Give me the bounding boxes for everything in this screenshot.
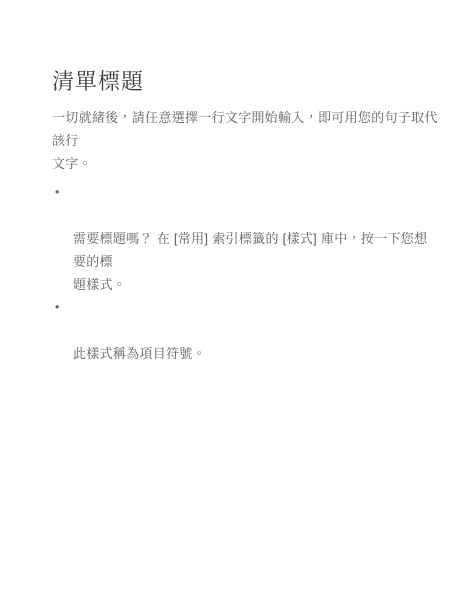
document-page: 清單標題 一切就緒後，請任意選擇一行文字開始輸入，即可用您的句子取代該行 文字。… — [0, 0, 462, 600]
page-title: 清單標題 — [52, 68, 440, 96]
bullet-icon: • — [55, 296, 60, 319]
intro-paragraph: 一切就緒後，請任意選擇一行文字開始輸入，即可用您的句子取代該行 文字。 — [52, 106, 440, 175]
bullet-icon: • — [55, 181, 60, 204]
list-item: • 需要標題嗎？ 在 [常用] 索引標籤的 [樣式] 庫中，按一下您想要的標 題… — [52, 181, 440, 296]
list-item-text: 此樣式稱為項目符號。 — [73, 346, 206, 361]
list-item: • 此樣式稱為項目符號。 — [52, 296, 440, 365]
bullet-list: • 需要標題嗎？ 在 [常用] 索引標籤的 [樣式] 庫中，按一下您想要的標 題… — [52, 181, 440, 365]
list-item-text: 需要標題嗎？ 在 [常用] 索引標籤的 [樣式] 庫中，按一下您想要的標 題樣式… — [73, 231, 427, 292]
document-content: 清單標題 一切就緒後，請任意選擇一行文字開始輸入，即可用您的句子取代該行 文字。… — [0, 0, 462, 365]
